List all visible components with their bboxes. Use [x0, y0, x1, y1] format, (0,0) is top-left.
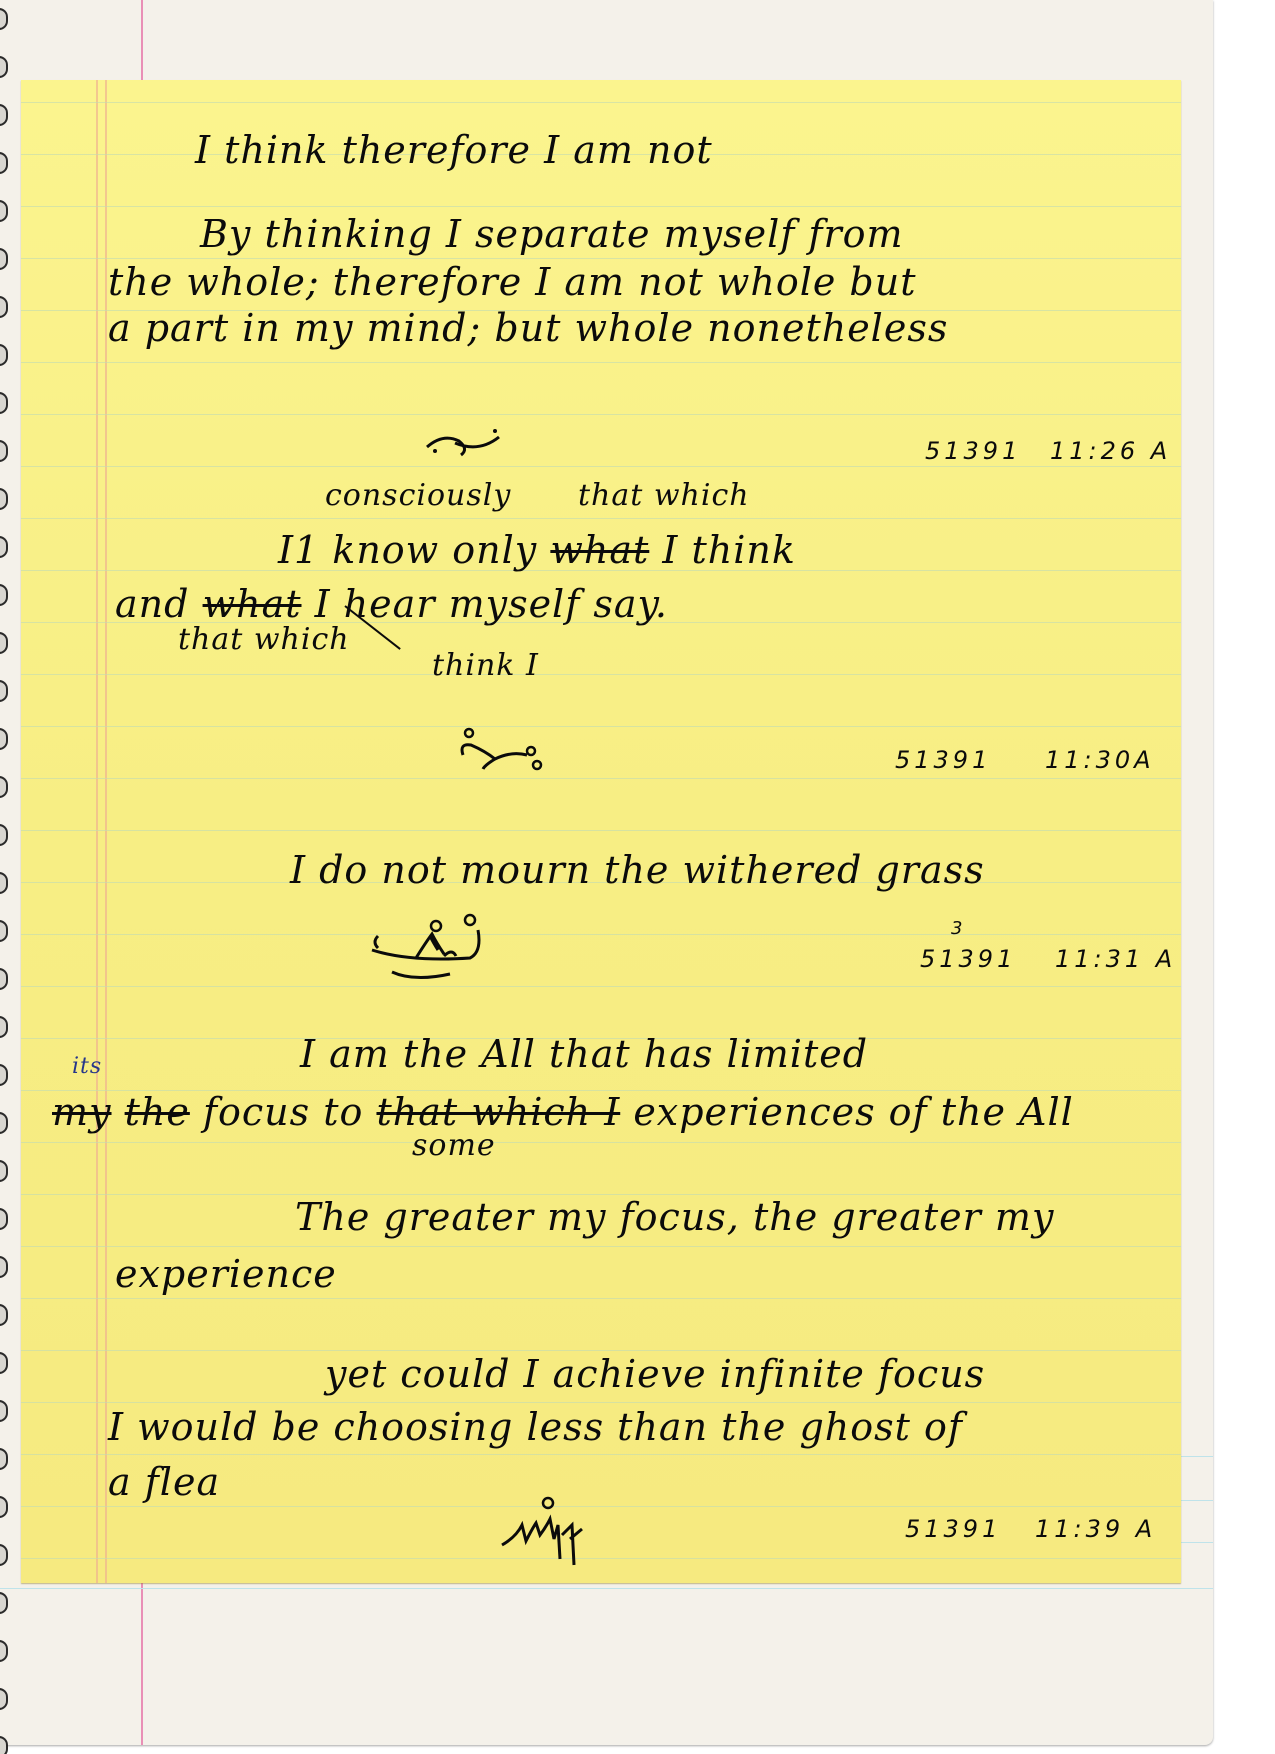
entry-2-insert-above: that which: [578, 478, 750, 513]
legal-margin-line: [96, 80, 98, 1583]
date: 51391: [920, 945, 1016, 973]
entry-4-line-2: my the focus to that which I experiences…: [52, 1090, 1074, 1134]
insert-below: some: [412, 1128, 496, 1163]
spiral-hole: [0, 1640, 8, 1662]
legal-rule-line: [21, 258, 1181, 259]
notebook-rule-line: [1181, 1500, 1213, 1501]
spiral-hole: [0, 392, 8, 414]
spiral-hole: [0, 1400, 8, 1422]
legal-rule-line: [21, 934, 1181, 935]
spiral-hole: [0, 1112, 8, 1134]
spiral-hole: [0, 8, 8, 30]
spiral-hole: [0, 1592, 8, 1614]
spiral-hole: [0, 440, 8, 462]
spiral-hole: [0, 968, 8, 990]
entry-4-para-2: The greater my focus, the greater my: [295, 1195, 1054, 1239]
spiral-hole: [0, 584, 8, 606]
margin-insert: its: [72, 1054, 102, 1079]
legal-rule-line: [21, 206, 1181, 207]
spiral-hole: [0, 1304, 8, 1326]
entry-2-insert-below: that which: [178, 622, 350, 657]
struck-word: my: [52, 1090, 112, 1134]
entry-2-insert-above: consciously: [325, 478, 511, 513]
mountain-figure-symbol-icon: [498, 1495, 628, 1570]
spiral-hole: [0, 920, 8, 942]
words: experiences of the All: [633, 1090, 1073, 1134]
struck-word: what: [550, 528, 649, 572]
spiral-hole: [0, 152, 8, 174]
legal-rule-line: [21, 362, 1181, 363]
spiral-hole: [0, 344, 8, 366]
words: focus to: [203, 1090, 363, 1134]
legal-rule-line: [21, 1350, 1181, 1351]
spiral-hole: [0, 632, 8, 654]
entry-3-date-correction: 3: [951, 918, 966, 939]
legal-rule-line: [21, 830, 1181, 831]
spiral-hole: [0, 1688, 8, 1710]
spiral-hole: [0, 872, 8, 894]
entry-2-line-2: and what I hear myself say.: [115, 582, 668, 626]
entry-2-time: 11:30A: [1045, 746, 1155, 774]
entry-4-para-3: I would be choosing less than the ghost …: [108, 1405, 963, 1449]
entry-2-insert-below: think I: [432, 648, 539, 683]
entry-1-line: a part in my mind; but whole nonetheless: [108, 306, 948, 350]
words: hear myself say.: [344, 582, 668, 626]
boat-figure-symbol-icon: [370, 912, 490, 997]
legal-rule-line: [21, 102, 1181, 103]
entry-2-date: 51391: [895, 746, 991, 774]
entry-4-time: 11:39 A: [1035, 1515, 1156, 1543]
legal-rule-line: [21, 726, 1181, 727]
entry-4-date: 51391: [905, 1515, 1001, 1543]
word: I: [278, 528, 294, 572]
entry-1-line: By thinking I separate myself from: [200, 212, 904, 256]
spiral-hole: [0, 248, 8, 270]
caret-mark: 1: [294, 528, 319, 572]
words: I think: [662, 528, 796, 572]
legal-rule-line: [21, 1298, 1181, 1299]
spiral-hole: [0, 488, 8, 510]
legal-rule-line: [21, 778, 1181, 779]
entry-3-date: 51391: [920, 945, 1016, 973]
struck-word: what: [203, 582, 302, 626]
spiral-hole: [0, 1016, 8, 1038]
spiral-hole: [0, 200, 8, 222]
spiral-hole: [0, 1160, 8, 1182]
legal-rule-line: [21, 414, 1181, 415]
legal-rule-line: [21, 1454, 1181, 1455]
entry-3-time: 11:31 A: [1055, 945, 1176, 973]
spiral-hole: [0, 728, 8, 750]
spiral-hole: [0, 104, 8, 126]
entry-4-line-1: I am the All that has limited: [300, 1032, 868, 1076]
legal-rule-line: [21, 466, 1181, 467]
words: know only: [332, 528, 537, 572]
word: I: [315, 582, 331, 626]
squiggle-symbol-2-icon: [455, 715, 545, 775]
spiral-binding: [0, 0, 14, 1745]
word: and: [115, 582, 189, 626]
entry-1-time: 11:26 A: [1050, 437, 1171, 465]
spiral-hole: [0, 1064, 8, 1086]
spiral-hole: [0, 1736, 8, 1754]
legal-rule-line: [21, 518, 1181, 519]
legal-rule-line: [21, 1402, 1181, 1403]
spiral-hole: [0, 680, 8, 702]
spiral-hole: [0, 296, 8, 318]
entry-3-line: I do not mourn the withered grass: [290, 848, 985, 892]
spiral-hole: [0, 56, 8, 78]
entry-1-title: I think therefore I am not: [195, 128, 713, 172]
entry-1-line: the whole; therefore I am not whole but: [108, 260, 917, 304]
entry-4-para-3: a flea: [108, 1460, 220, 1504]
entry-4-para-3: yet could I achieve infinite focus: [325, 1352, 985, 1396]
spiral-hole: [0, 536, 8, 558]
entry-2-line-1: I1 know only what I think: [278, 528, 796, 572]
spiral-hole: [0, 1256, 8, 1278]
spiral-hole: [0, 824, 8, 846]
squiggle-symbol-1-icon: [425, 425, 505, 460]
spiral-hole: [0, 1208, 8, 1230]
spiral-hole: [0, 1352, 8, 1374]
legal-rule-line: [21, 1246, 1181, 1247]
spiral-hole: [0, 1544, 8, 1566]
legal-margin-line: [105, 80, 107, 1583]
spiral-hole: [0, 1448, 8, 1470]
notebook-rule-line: [1181, 1542, 1213, 1543]
entry-1-date: 51391: [925, 437, 1021, 465]
struck-word: the: [125, 1090, 190, 1134]
entry-4-para-2: experience: [115, 1252, 337, 1296]
notebook-rule-line: [1181, 1456, 1213, 1457]
spiral-hole: [0, 776, 8, 798]
legal-rule-line: [21, 986, 1181, 987]
spiral-hole: [0, 1496, 8, 1518]
notebook-rule-line: [0, 1588, 1213, 1589]
legal-rule-line: [21, 674, 1181, 675]
legal-rule-line: [21, 1142, 1181, 1143]
